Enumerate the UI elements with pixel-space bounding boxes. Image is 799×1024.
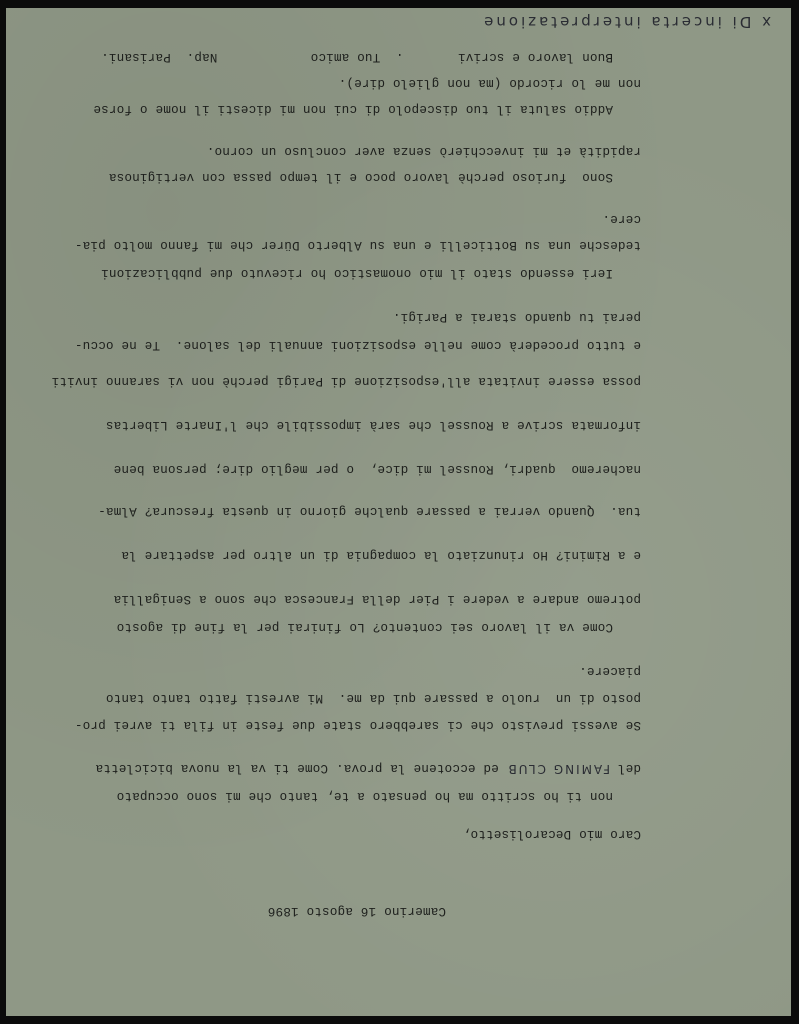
body-line: e tutto procederà come nelle esposizioni… — [75, 338, 641, 352]
closing-left: Buon lavoro e scrivi — [458, 50, 613, 64]
body-line: e a Rimini? Ho rinunziato la compagnia d… — [121, 548, 641, 562]
handwritten-margin-note: x Di incerta interpretazione — [481, 13, 771, 31]
body-line: del FAMING CLUB ed eccotene la prova. Co… — [95, 761, 641, 776]
salutation: Caro mio Decarolisetto, — [463, 827, 641, 841]
signature: Nap. Parisani. — [101, 50, 217, 64]
body-line: piacere. — [579, 664, 641, 678]
body-line: Addio saluta il tuo discepolo di cui non… — [93, 102, 613, 116]
body-line: non me lo ricordo (ma non glielo dire). — [338, 76, 641, 90]
body-line: tedesche una su Botticelli e una su Albe… — [75, 238, 641, 252]
body-line: non ti ho scritto ma ho pensato a te, ta… — [117, 789, 613, 803]
body-line: possa essere invitata all'esposizione di… — [51, 374, 641, 388]
closing-middle: . Tuo amico — [310, 50, 403, 64]
body-line: posto di un ruolo a passare qui da me. M… — [106, 691, 641, 705]
handwritten-insert: FAMING CLUB — [506, 762, 609, 776]
body-line: Come va il lavoro sei contento? Lo finir… — [117, 620, 613, 634]
body-line: informata scrive a Roussel che sarà impo… — [106, 418, 641, 432]
letter-page: Camerino 16 agosto 1896 Caro mio Decarol… — [6, 8, 791, 1016]
body-line: potremo andare a vedere i Pier della Fra… — [113, 592, 641, 606]
body-line: Sono furioso perchè lavoro poco e il tem… — [109, 170, 613, 184]
body-line: Ieri essendo stato il mio onomastico ho … — [101, 266, 613, 280]
body-line: tua. Quando verrai a passare qualche gio… — [98, 504, 641, 518]
body-line: cere. — [602, 212, 641, 226]
body-line: rapidità et mi invecchierò senza aver co… — [207, 144, 641, 158]
body-line: perai tu quando starai a Parigi. — [393, 310, 641, 324]
body-line: nacheremo quadri, Roussel mi dice, o per… — [113, 462, 641, 476]
closing-line: Buon lavoro e scrivi . Tuo amico Nap. Pa… — [101, 50, 613, 64]
dateline: Camerino 16 agosto 1896 — [268, 904, 446, 918]
body-line: Se avessi previsto che ci sarebbero stat… — [75, 718, 641, 732]
